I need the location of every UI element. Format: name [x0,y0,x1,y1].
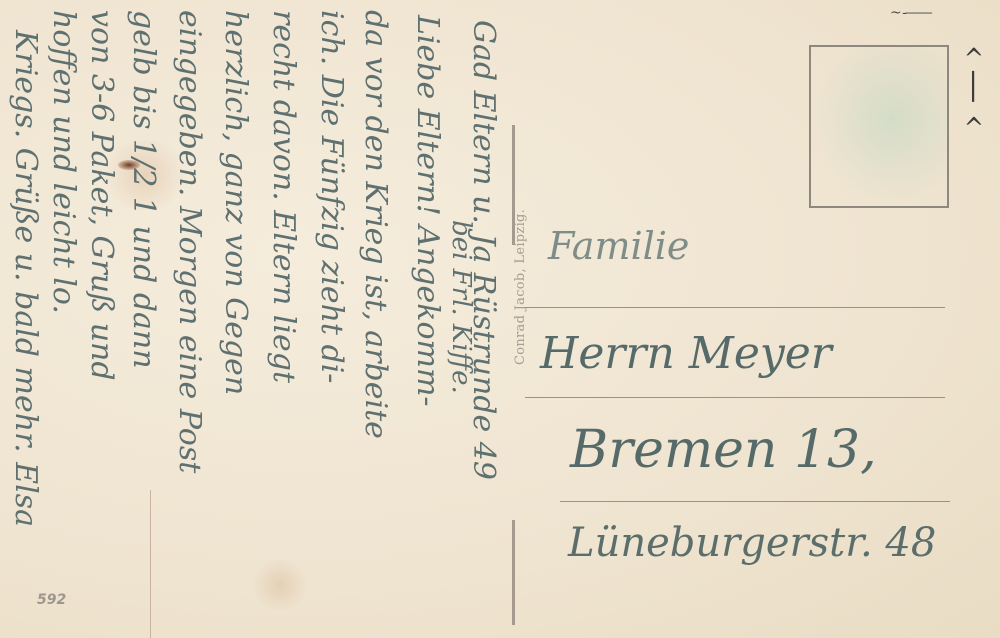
stamp-box [809,45,949,208]
message-line: recht davon. Eltern liegt [266,10,300,383]
top-smudge: ~ -‒—‒ [890,5,970,25]
address-line-1: Familie [548,224,689,268]
address-rule-1 [525,307,945,308]
message-line: Kriegs. Grüße u. bald mehr. Elsa [8,30,42,527]
center-divider [512,125,515,625]
publisher-imprint: Conrad Jacob, Leipzig. [513,209,528,365]
address-line-2: Herrn Meyer [540,328,832,379]
message-line: herzlich, ganz von Gegen [218,10,252,395]
message-line: gelb bis 1/2 1 und dann [126,10,160,369]
message-line: eingegeben. Morgen eine Post [172,10,206,473]
postmark-fragment: ‹ — ‹ [955,45,1000,195]
postcard-back: Conrad Jacob, Leipzig. 592 ‹ — ‹ ~ -‒—‒ … [0,0,1000,638]
address-rule-3 [560,501,950,502]
address-rule-2 [525,397,945,398]
message-line: da vor den Krieg ist, arbeite [358,10,392,439]
card-number: 592 [37,592,66,608]
faint-rule [150,490,151,638]
message-line: ich. Die Fünfzig zieht di- [314,10,348,383]
message-line: Liebe Eltern! Angekomm- [410,15,444,407]
message-subline: bei Frl. Kiffe. [444,220,478,394]
paper-stain [250,560,310,610]
address-line-4: Lüneburgerstr. 48 [568,520,936,566]
message-line: hoffen und leicht lo. [46,10,80,314]
message-line: von 3-6 Paket, Gruß und [84,10,118,381]
address-line-3: Bremen 13, [570,420,877,480]
